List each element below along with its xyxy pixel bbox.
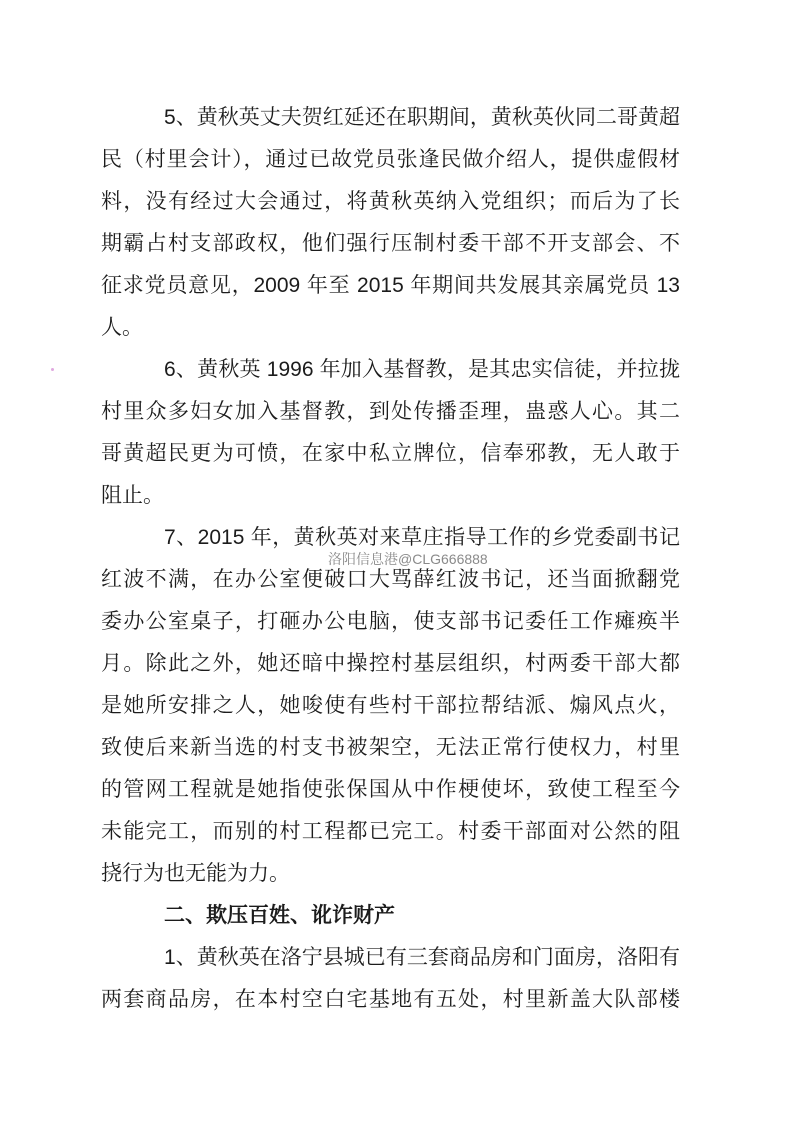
text-line: 1、黄秋英在洛宁县城已有三套商品房和门面房，洛阳有 [101, 937, 680, 979]
text-line: 民（村里会计），通过已故党员张逢民做介绍人，提供虚假材 [101, 139, 680, 181]
text-line: 的管网工程就是她指使张保国从中作梗使坏，致使工程至今 [101, 769, 680, 811]
text-line: 期霸占村支部政权，他们强行压制村委干部不开支部会、不 [101, 223, 680, 265]
text-line: 是她所安排之人，她唆使有些村干部拉帮结派、煽风点火， [101, 685, 680, 727]
heading-line: 二、欺压百姓、讹诈财产 [101, 895, 680, 937]
paragraph-7: 7、2015 年，黄秋英对来草庄指导工作的乡党委副书记薛红波不满，在办公室便破口… [101, 517, 680, 895]
paragraph-1: 1、黄秋英在洛宁县城已有三套商品房和门面房，洛阳有两套商品房，在本村空白宅基地有… [101, 937, 680, 1021]
text-line: 征求党员意见，2009 年至 2015 年期间共发展其亲属党员 13 [101, 265, 680, 307]
text-line: 村里众多妇女加入基督教，到处传播歪理，蛊惑人心。其二 [101, 391, 680, 433]
text-line: 阻止。 [101, 475, 680, 517]
text-line: 致使后来新当选的村支书被架空，无法正常行使权力，村里 [101, 727, 680, 769]
text-line: 未能完工，而别的村工程都已完工。村委干部面对公然的阻 [101, 811, 680, 853]
text-line: 6、黄秋英 1996 年加入基督教，是其忠实信徒，并拉拢 [101, 349, 680, 391]
document-page: 洛阳信息港@CLG666888 5、黄秋英丈夫贺红延还在职期间，黄秋英伙同二哥黄… [0, 0, 800, 1131]
text-line: 挠行为也无能为力。 [101, 853, 680, 895]
text-line: 哥黄超民更为可愤，在家中私立牌位，信奉邪教，无人敢于 [101, 433, 680, 475]
paragraph-6: 6、黄秋英 1996 年加入基督教，是其忠实信徒，并拉拢村里众多妇女加入基督教，… [101, 349, 680, 517]
watermark: 洛阳信息港@CLG666888 [328, 551, 488, 568]
paragraph-5: 5、黄秋英丈夫贺红延还在职期间，黄秋英伙同二哥黄超民（村里会计），通过已故党员张… [101, 97, 680, 349]
text-line: 5、黄秋英丈夫贺红延还在职期间，黄秋英伙同二哥黄超 [101, 97, 680, 139]
section-heading-2: 二、欺压百姓、讹诈财产 [101, 895, 680, 937]
text-line: 人。 [101, 307, 680, 349]
scan-artifact-dot [51, 368, 54, 371]
text-line: 料，没有经过大会通过，将黄秋英纳入党组织；而后为了长 [101, 181, 680, 223]
text-line: 委办公室桌子，打砸办公电脑，使支部书记委任工作瘫痪半 [101, 601, 680, 643]
text-line: 两套商品房，在本村空白宅基地有五处，村里新盖大队部楼 [101, 979, 680, 1021]
text-line: 月。除此之外，她还暗中操控村基层组织，村两委干部大都 [101, 643, 680, 685]
